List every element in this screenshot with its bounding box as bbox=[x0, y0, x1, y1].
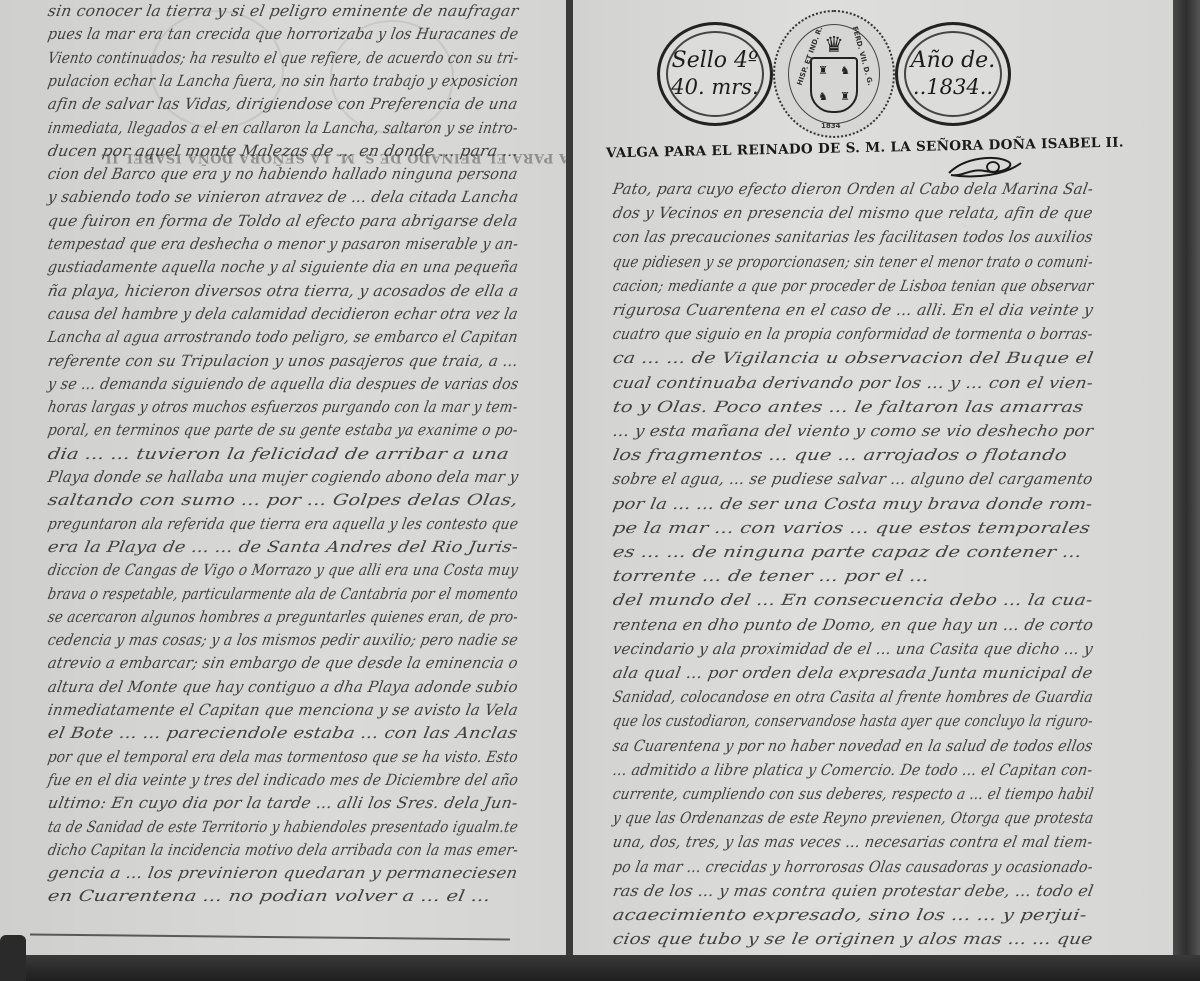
handwritten-line: y sabiendo todo se vinieron atravez de .… bbox=[46, 188, 519, 206]
handwritten-line: cedencia y mas cosas; y a los mismos ped… bbox=[46, 631, 519, 649]
handwritten-line: que pidiesen y se proporcionasen; sin te… bbox=[611, 253, 1094, 271]
handwritten-line: por que el temporal era dela mas torment… bbox=[46, 748, 519, 766]
handwritten-line: era la Playa de ... ... de Santa Andres … bbox=[46, 538, 519, 556]
handwritten-line: Playa donde se hallaba una mujer cogiend… bbox=[46, 468, 519, 486]
handwritten-line: ... admitido a libre platica y Comercio.… bbox=[611, 761, 1094, 779]
seal-year-oval: Año de. ..1834.. bbox=[895, 22, 1011, 126]
handwritten-line: sa Cuarentena y por no haber novedad en … bbox=[611, 737, 1094, 755]
handwritten-line: inmediata, llegados a el en callaron la … bbox=[46, 119, 519, 137]
handwritten-line: ras de los ... y mas contra quien protes… bbox=[611, 882, 1095, 900]
handwritten-line: una, dos, tres, y las mas veces ... nece… bbox=[611, 833, 1094, 851]
handwritten-line: tempestad que era deshecha o menor y pas… bbox=[46, 235, 519, 253]
lion-icon: ♞ bbox=[812, 85, 834, 111]
handwritten-line: ultimo: En cuyo dia por la tarde ... all… bbox=[46, 794, 519, 812]
seal-year-label: Año de. bbox=[911, 48, 995, 74]
seal-year: ..1834.. bbox=[913, 74, 993, 100]
handwritten-line: sobre el agua, ... se pudiese salvar ...… bbox=[611, 470, 1094, 488]
handwritten-line: gencia a ... los previnieron quedaran y … bbox=[46, 864, 519, 882]
handwritten-line: el Bote ... ... pareciendole estaba ... … bbox=[46, 724, 519, 742]
handwritten-line: currente, cumpliendo con sus deberes, re… bbox=[611, 785, 1095, 803]
book-gutter bbox=[566, 0, 573, 981]
handwritten-line: es ... ... de ninguna parte capaz de con… bbox=[611, 543, 1083, 561]
handwritten-line: ca ... ... de Vigilancia u observacion d… bbox=[611, 349, 1095, 367]
handwritten-line: que los custodiaron, conservandose hasta… bbox=[611, 712, 1094, 730]
handwritten-line: preguntaron ala referida que tierra era … bbox=[46, 515, 519, 533]
handwritten-line: gustiadamente aquella noche y al siguien… bbox=[46, 258, 519, 276]
handwritten-line: vecindario y ala proximidad de el ... un… bbox=[611, 640, 1094, 658]
handwritten-line: y se ... demanda siguiendo de aquella di… bbox=[46, 375, 520, 393]
handwritten-line: rentena en dho punto de Domo, en que hay… bbox=[611, 616, 1094, 634]
handwritten-line: dia ... ... tuvieron la felicidad de arr… bbox=[46, 445, 510, 463]
seal-price: 40. mrs. bbox=[671, 74, 758, 100]
handwritten-line: ala qual ... por orden dela expresada Ju… bbox=[611, 664, 1094, 682]
handwritten-line: brava o respetable, particularmente ala … bbox=[46, 585, 519, 603]
handwritten-line: Lancha al agua arrostrando todo peligro,… bbox=[46, 328, 519, 346]
handwritten-line: Viento continuados; ha resulto el que re… bbox=[46, 49, 520, 67]
handwritten-line: causa del hambre y dela calamidad decidi… bbox=[46, 305, 519, 323]
handwritten-line: con las precauciones sanitarias les faci… bbox=[611, 228, 1094, 246]
seal-class: Sello 4º bbox=[672, 48, 759, 74]
handwritten-line: cuatro que siguio en la propia conformid… bbox=[611, 325, 1094, 343]
handwritten-line: dicho Capitan la incidencia motivo dela … bbox=[46, 841, 519, 859]
handwritten-line: acaecimiento expresado, sino los ... ...… bbox=[611, 906, 1088, 924]
left-page: VALGA PARA EL REINADO DE S. M. LA SEÑORA… bbox=[0, 0, 566, 960]
handwritten-line: rigurosa Cuarentena en el caso de ... al… bbox=[611, 301, 1094, 319]
handwritten-line: ... y esta mañana del viento y como se v… bbox=[611, 422, 1094, 440]
handwritten-line: pe la mar ... con varios ... que estos t… bbox=[611, 519, 1091, 537]
castle-icon: ♜ bbox=[834, 85, 856, 111]
crest-legend-bottom: 1834 bbox=[821, 122, 840, 130]
royal-crest: ♛ ♜ ♞ ♞ ♜ HISP. ET IND. R. FERD. VII. D.… bbox=[773, 10, 895, 138]
handwritten-line: cual continuaba derivando por los ... y … bbox=[611, 374, 1094, 392]
handwritten-line: ta de Sanidad de este Territorio y habie… bbox=[46, 818, 519, 836]
handwritten-line: horas largas y otros muchos esfuerzos pu… bbox=[46, 398, 519, 416]
handwritten-line: cion del Barco que era y no habiendo hal… bbox=[46, 165, 519, 183]
handwritten-line: sin conocer la tierra y si el peligro em… bbox=[46, 2, 519, 20]
handwritten-line: inmediatamente el Capitan que menciona y… bbox=[46, 701, 519, 719]
handwritten-line: ña playa, hicieron diversos otra tierra,… bbox=[46, 282, 519, 300]
handwritten-line: por la ... ... de ser una Costa muy brav… bbox=[611, 495, 1094, 513]
handwritten-line: atrevio a embarcar; sin embargo de que d… bbox=[46, 654, 519, 672]
handwritten-line: poral, en terminos que parte de su gente… bbox=[46, 421, 519, 439]
handwritten-line: ducen por aquel monte Malezas de ... en … bbox=[46, 142, 519, 160]
handwritten-line: cios que tubo y se le originen y alos ma… bbox=[611, 930, 1094, 948]
handwritten-line: se acercaron algunos hombres a preguntar… bbox=[46, 608, 519, 626]
document-spread: VALGA PARA EL REINADO DE S. M. LA SEÑORA… bbox=[0, 0, 1200, 981]
handwritten-line: y que las Ordenanzas de este Reyno previ… bbox=[611, 809, 1095, 827]
castle-icon: ♜ bbox=[812, 59, 834, 85]
handwritten-line: pues la mar era tan crecida que horroriz… bbox=[46, 25, 519, 43]
seal-value-oval: Sello 4º 40. mrs. bbox=[657, 22, 773, 126]
stamped-paper-seal: Sello 4º 40. mrs. ♛ ♜ ♞ ♞ ♜ HISP. ET IND… bbox=[655, 10, 1015, 135]
next-page-edge bbox=[1173, 0, 1200, 981]
closing-line-left bbox=[30, 933, 510, 940]
handwritten-line: to y Olas. Poco antes ... le faltaron la… bbox=[611, 398, 1085, 416]
handwritten-line: en Cuarentena ... no podian volver a ...… bbox=[46, 887, 492, 905]
crown-icon: ♛ bbox=[824, 35, 844, 57]
handwritten-line: saltando con sumo ... por ... Golpes del… bbox=[46, 491, 519, 509]
handwritten-line: referente con su Tripulacion y unos pasa… bbox=[46, 352, 519, 370]
handwritten-line: del mundo del ... En consecuencia debo .… bbox=[611, 591, 1094, 609]
coat-of-arms-shield-icon: ♜ ♞ ♞ ♜ bbox=[810, 57, 858, 113]
handwritten-line: torrente ... de tener ... por el ... bbox=[611, 567, 930, 585]
handwritten-line: po la mar ... crecidas y horrorosas Olas… bbox=[611, 858, 1094, 876]
scan-corner-shadow bbox=[0, 935, 26, 981]
handwritten-line: afin de salvar las Vidas, dirigiendose c… bbox=[46, 95, 519, 113]
handwritten-line: que fuiron en forma de Toldo al efecto p… bbox=[46, 212, 519, 230]
handwritten-line: dos y Vecinos en presencia del mismo que… bbox=[611, 204, 1094, 222]
handwritten-line: los fragmentos ... que ... arrojados o f… bbox=[611, 446, 1068, 464]
scan-bottom-edge bbox=[0, 955, 1200, 981]
handwritten-line: altura del Monte que hay contiguo a dha … bbox=[46, 678, 519, 696]
handwritten-line: Sanidad, colocandose en otra Casita al f… bbox=[611, 688, 1094, 706]
handwritten-line: diccion de Cangas de Vigo o Morrazo y qu… bbox=[46, 561, 519, 579]
handwritten-line: pulacion echar la Lancha fuera, no sin h… bbox=[46, 72, 519, 90]
handwritten-line: cacion; mediante a que por proceder de L… bbox=[611, 277, 1095, 295]
handwritten-line: Pato, para cuyo efecto dieron Orden al C… bbox=[611, 180, 1094, 198]
lion-icon: ♞ bbox=[834, 59, 856, 85]
rubric-flourish-icon bbox=[945, 153, 1025, 179]
handwritten-line: fue en el dia veinte y tres del indicado… bbox=[46, 771, 519, 789]
